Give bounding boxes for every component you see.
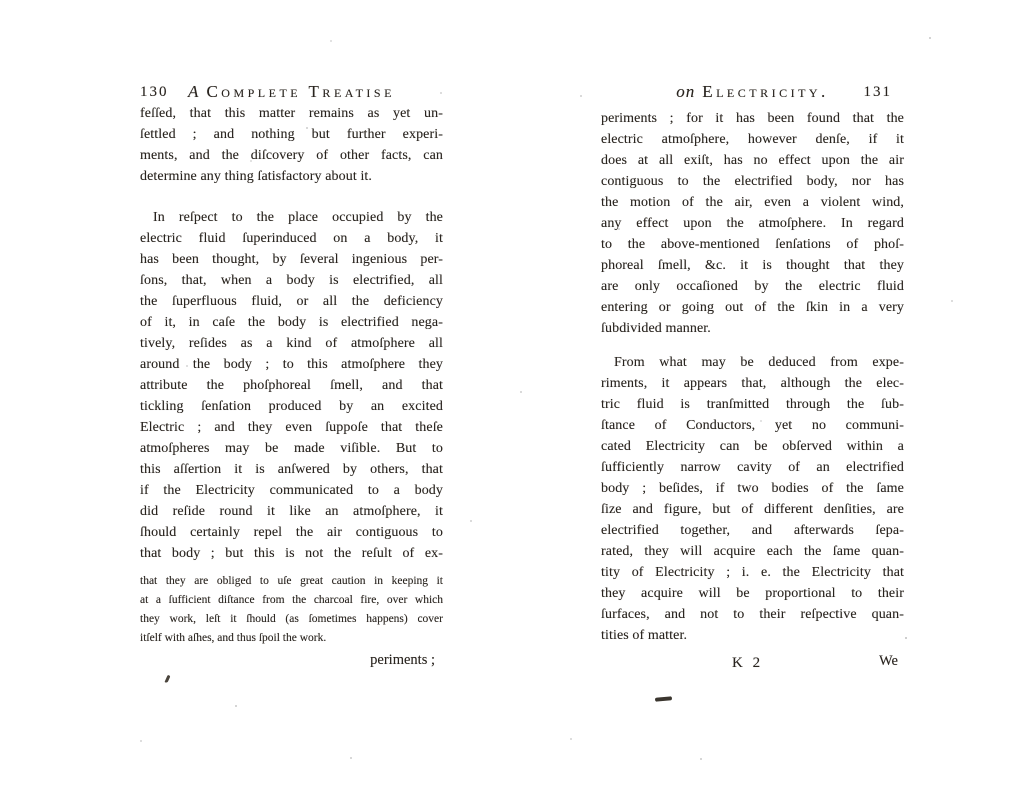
text-line: tively, reſides as a kind of atmoſphere … [140, 333, 443, 354]
text-line: if the Electricity communicated to a bod… [140, 480, 443, 501]
right-page: onElectricity. 131 periments ; for it ha… [601, 80, 904, 770]
text-line: Electric ; and they even ſuppoſe that th… [140, 417, 443, 438]
text-line: to the above-mentioned ſenſations of pho… [601, 234, 904, 255]
footnote-line: at a ſufficient diſtance from the charco… [140, 591, 443, 610]
footnote: that they are obliged to uſe great cauti… [140, 572, 443, 648]
text-line: ſons, that, when a body is electrified, … [140, 270, 443, 291]
text-line: periments ; for it has been found that t… [601, 108, 904, 129]
text-line: electrified together, and afterwards ſep… [601, 520, 904, 541]
right-header-title: onElectricity. [601, 82, 904, 102]
signature-mark: K 2 [732, 655, 763, 672]
text-line: attribute the phoſphoreal ſmell, and tha… [140, 375, 443, 396]
text-line: ſize and figure, but of different denſit… [601, 499, 904, 520]
text-line: electric atmoſphere, however denſe, if i… [601, 129, 904, 150]
right-header-text: Electricity. [702, 82, 829, 101]
text-line: electric fluid ſuperinduced on a body, i… [140, 228, 443, 249]
footnote-line: they work, leſt it ſhould (as ſometimes … [140, 610, 443, 629]
left-header-text: Complete Treatise [206, 82, 395, 101]
text-line: ſettled ; and nothing but further experi… [140, 124, 443, 145]
right-page-number: 131 [864, 84, 893, 101]
right-catchword: We [879, 653, 898, 670]
text-line: this aſſertion it is anſwered by others,… [140, 459, 443, 480]
text-line: the ſuperfluous fluid, or all the defici… [140, 291, 443, 312]
left-header-article: A [188, 82, 199, 101]
left-catchword: periments ; [370, 652, 435, 669]
text-line: determine any thing ſatisfactory about i… [140, 166, 443, 187]
text-line: atmoſpheres may be made viſible. But to [140, 438, 443, 459]
left-header-title: AComplete Treatise [140, 82, 443, 102]
text-line: the motion of the air, even a violent wi… [601, 192, 904, 213]
scan-speckles [0, 0, 2, 2]
paragraph: From what may be deduced from expe-rimen… [601, 352, 904, 646]
text-line: that body ; but this is not the reſult o… [140, 543, 443, 564]
text-line: any effect upon the atmoſphere. In regar… [601, 213, 904, 234]
text-line: contiguous to the electrified body, nor … [601, 171, 904, 192]
text-line: cated Electricity can be obſerved within… [601, 436, 904, 457]
text-line: ſtance of Conductors, yet no communi- [601, 415, 904, 436]
text-line: does at all exiſt, has no effect upon th… [601, 150, 904, 171]
footnote-line: that they are obliged to uſe great cauti… [140, 572, 443, 591]
text-line: ſubdivided manner. [601, 318, 904, 339]
text-line: In reſpect to the place occupied by the [140, 207, 443, 228]
text-line: phoreal ſmell, &c. it is thought that th… [601, 255, 904, 276]
left-page: 130 AComplete Treatise feſſed, that this… [140, 80, 443, 770]
text-line: ſurfaces, and not to their reſpective qu… [601, 604, 904, 625]
right-header-preposition: on [676, 82, 695, 101]
text-line: rated, they will acquire each the ſame q… [601, 541, 904, 562]
paragraph-continuation: periments ; for it has been found that t… [601, 108, 904, 339]
text-line: riments, it appears that, although the e… [601, 373, 904, 394]
text-line: tickling ſenſation produced by an excite… [140, 396, 443, 417]
text-line: feſſed, that this matter remains as yet … [140, 103, 443, 124]
text-line: they acquire will be proportional to the… [601, 583, 904, 604]
text-line: ments, and the diſcovery of other facts,… [140, 145, 443, 166]
text-line: tric fluid is tranſmitted through the ſu… [601, 394, 904, 415]
text-line: has been thought, by ſeveral ingenious p… [140, 249, 443, 270]
paragraph-continuation: feſſed, that this matter remains as yet … [140, 103, 443, 187]
text-line: are only occaſioned by the electric flui… [601, 276, 904, 297]
text-line: From what may be deduced from expe- [601, 352, 904, 373]
paragraph: In reſpect to the place occupied by thee… [140, 207, 443, 564]
text-line: tity of Electricity ; i. e. the Electric… [601, 562, 904, 583]
text-line: around the body ; to this atmoſphere the… [140, 354, 443, 375]
text-line: did reſide round it like an atmoſphere, … [140, 501, 443, 522]
text-line: tities of matter. [601, 625, 904, 646]
right-running-head: onElectricity. 131 [601, 82, 904, 106]
text-line: body ; beſides, if two bodies of the ſam… [601, 478, 904, 499]
text-line: of it, in caſe the body is electrified n… [140, 312, 443, 333]
text-line: entering or going out of the ſkin in a v… [601, 297, 904, 318]
left-page-number: 130 [140, 84, 169, 101]
text-line: ſufficiently narrow cavity of an electri… [601, 457, 904, 478]
book-scan: 130 AComplete Treatise feſſed, that this… [0, 0, 1024, 791]
footnote-line: itſelf with aſhes, and thus ſpoil the wo… [140, 629, 443, 648]
text-line: ſhould certainly repel the air contiguou… [140, 522, 443, 543]
